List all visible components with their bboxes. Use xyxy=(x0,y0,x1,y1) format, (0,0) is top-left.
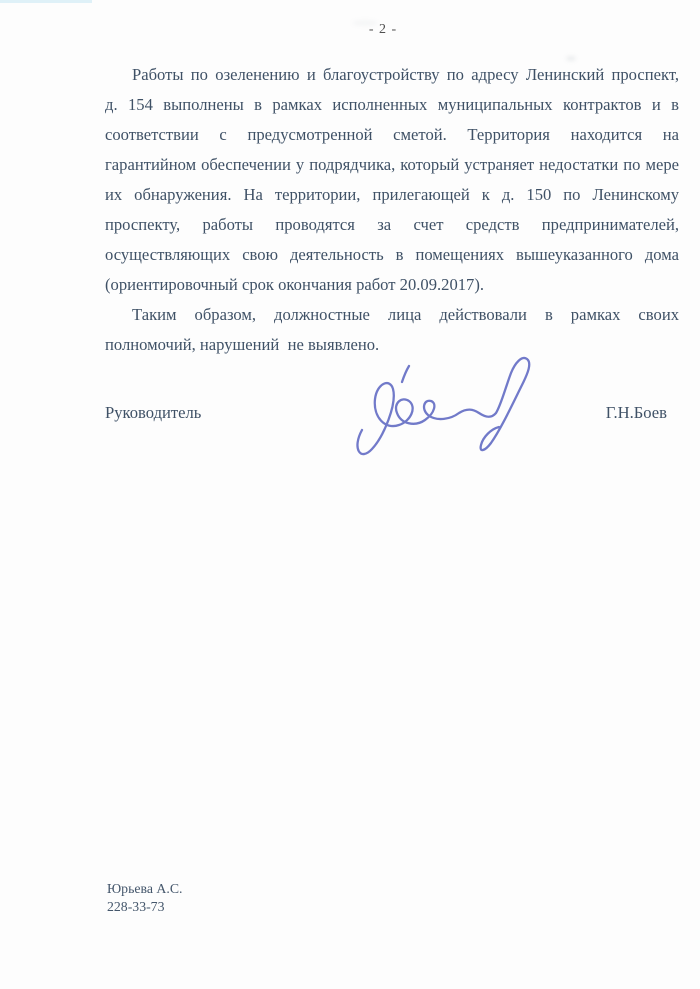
paragraph2-line: Таким образом, должностные лица действов… xyxy=(105,300,679,330)
signer-role-label: Руководитель xyxy=(105,403,201,423)
scanned-document-page: - 2 - Работы по озеленению и благоустрой… xyxy=(0,0,700,989)
executor-block: Юрьева А.С. 228-33-73 xyxy=(107,880,182,916)
paragraph1-line: д. 154 выполнены в рамках исполненных му… xyxy=(105,90,679,120)
paragraph1-line: (ориентировочный срок окончания работ 20… xyxy=(105,270,679,300)
scan-edge-artifact xyxy=(0,0,92,3)
paragraph1-line: проспекту, работы проводятся за счет сре… xyxy=(105,210,679,240)
paragraph1-line: соответствии с предусмотренной сметой. Т… xyxy=(105,120,679,150)
paragraph1-line: их обнаружения. На территории, прилегающ… xyxy=(105,180,679,210)
page-number: - 2 - xyxy=(0,22,700,38)
paragraph1-line: гарантийном обеспечении у подрядчика, ко… xyxy=(105,150,679,180)
document-body: Работы по озеленению и благоустройству п… xyxy=(105,60,679,360)
handwritten-signature-icon xyxy=(340,350,545,468)
executor-phone: 228-33-73 xyxy=(107,898,182,916)
paragraph1-line: Работы по озеленению и благоустройству п… xyxy=(105,60,679,90)
paragraph1-line: осуществляющих свою деятельность в помещ… xyxy=(105,240,679,270)
executor-name: Юрьева А.С. xyxy=(107,880,182,898)
signer-name-label: Г.Н.Боев xyxy=(606,403,667,423)
